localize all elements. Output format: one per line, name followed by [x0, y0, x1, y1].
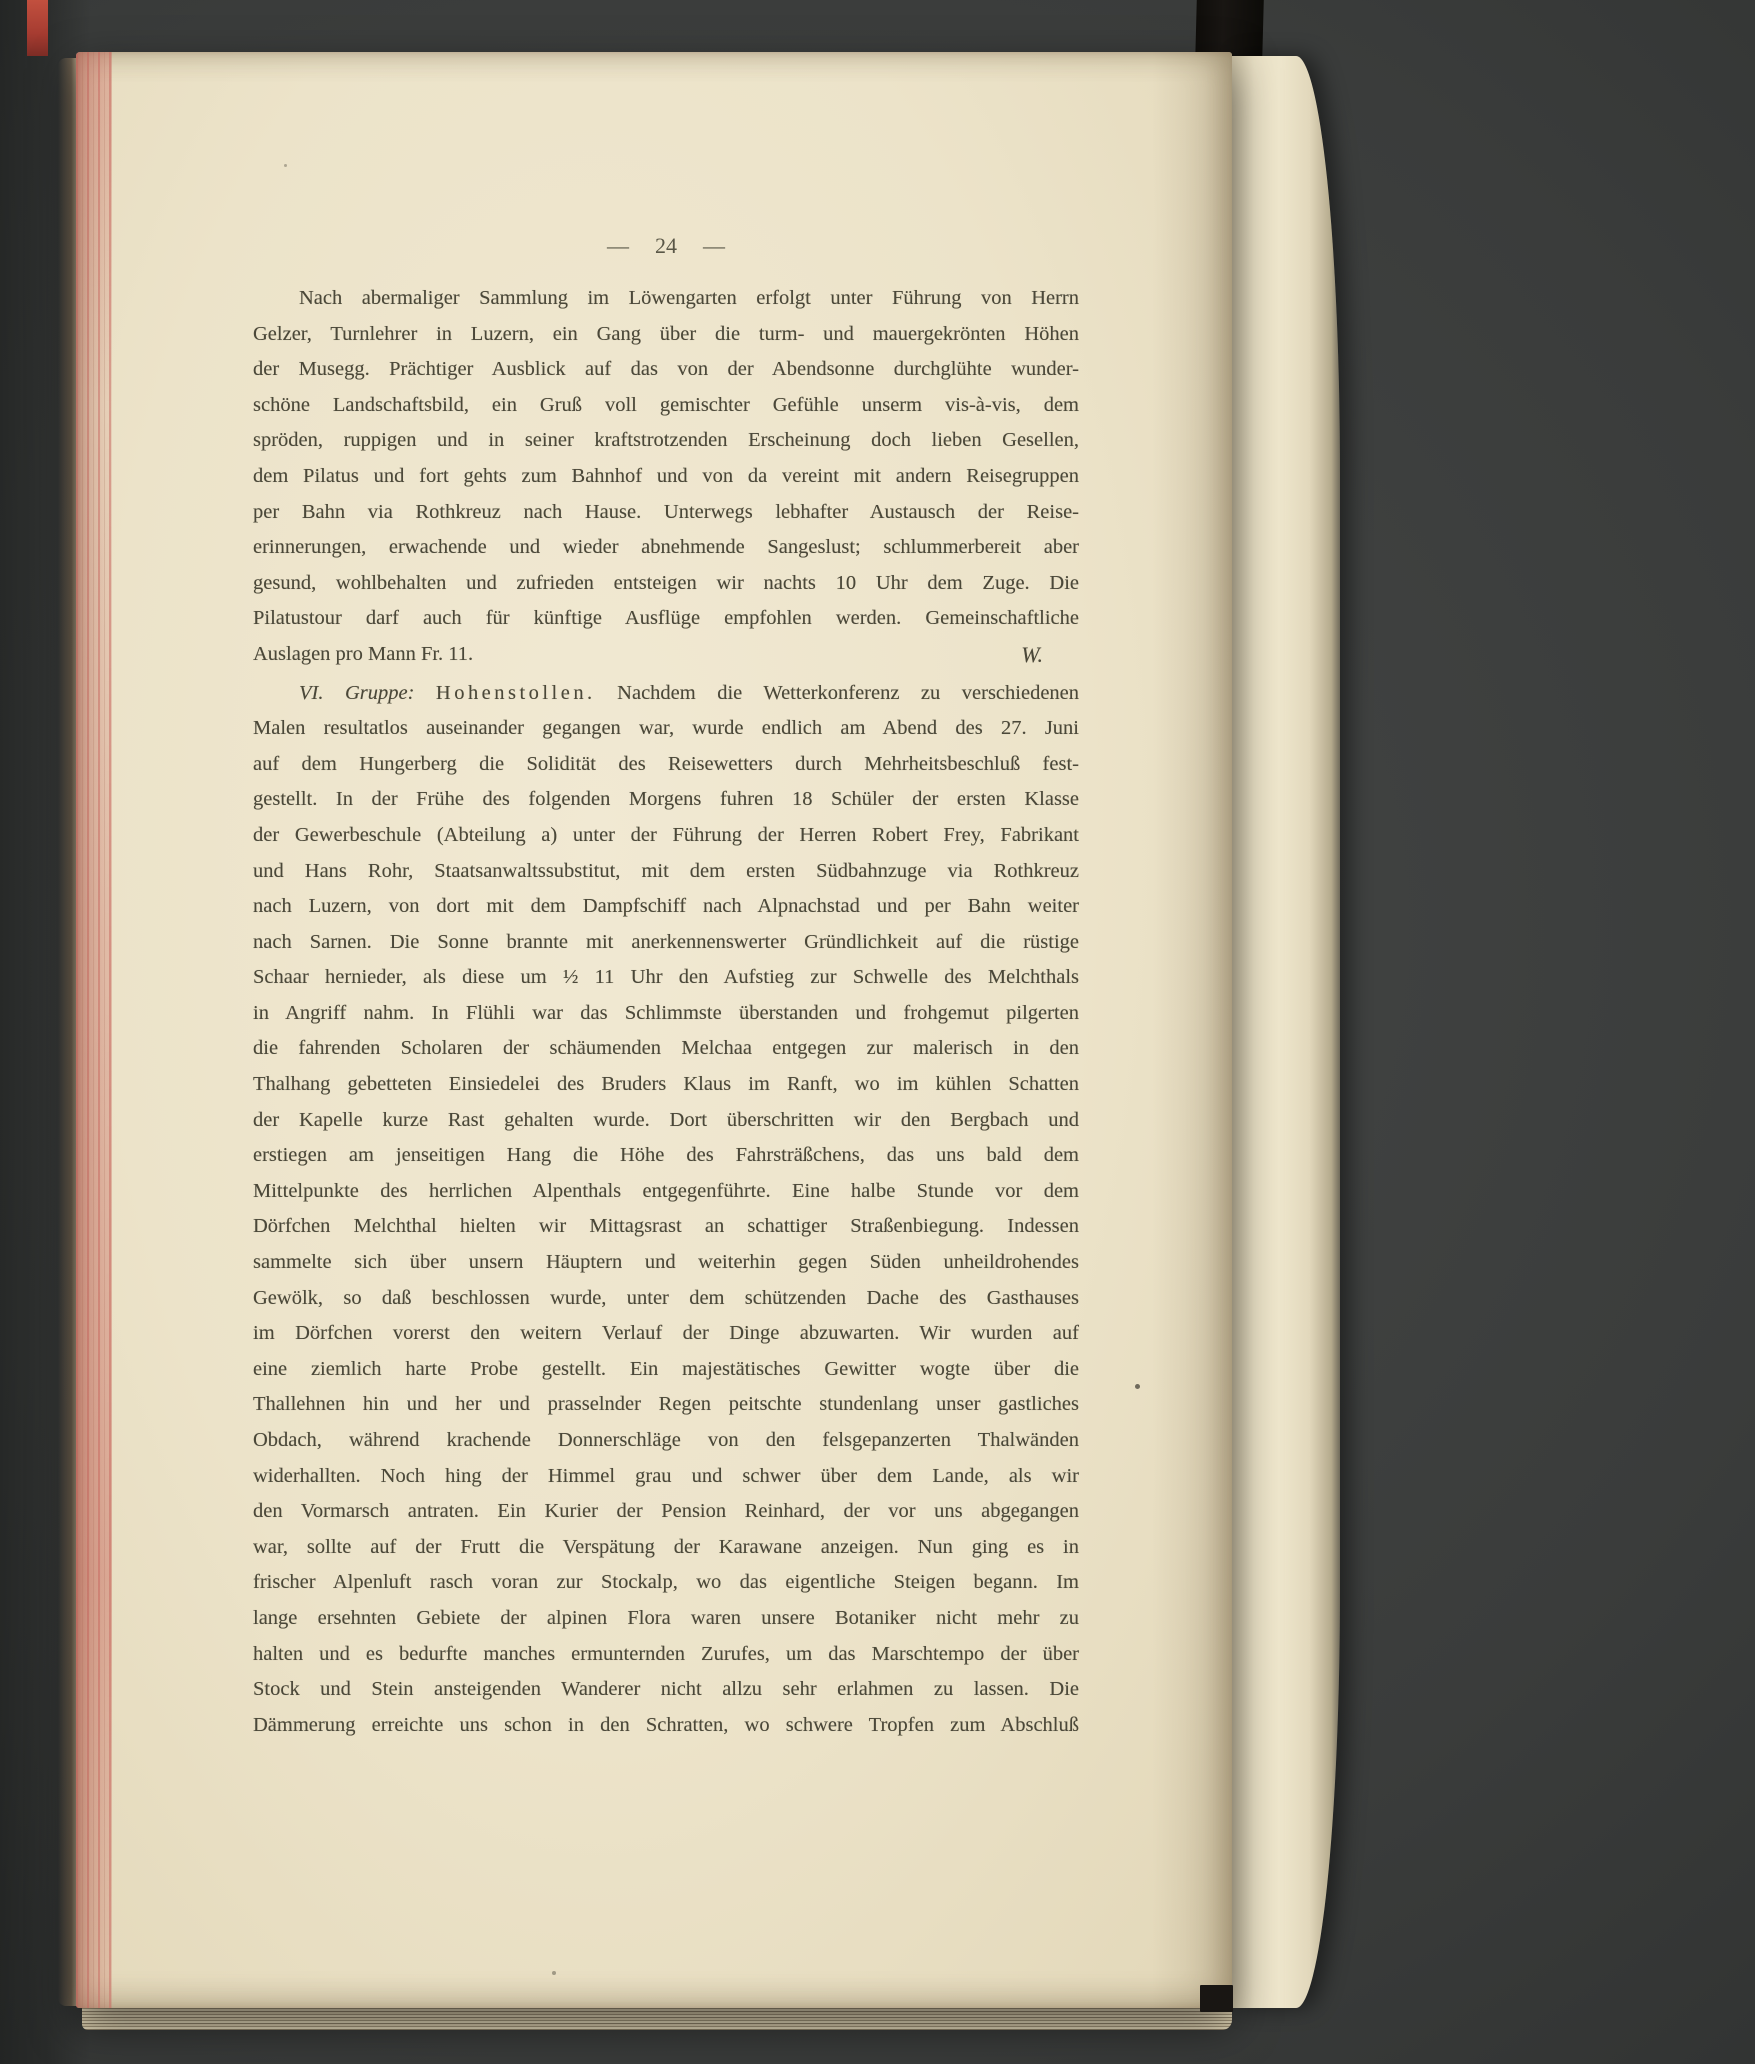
text-line: halten und es bedurfte manches ermuntern… — [253, 1637, 1079, 1673]
text-line: Malen resultatlos auseinander gegangen w… — [253, 711, 1079, 747]
text-line: Dörfchen Melchthal hielten wir Mittagsra… — [253, 1209, 1079, 1245]
text-line: eine ziemlich harte Probe gestellt. Ein … — [253, 1352, 1079, 1388]
text-line: den Vormarsch antraten. Ein Kurier der P… — [253, 1494, 1079, 1530]
text-line: Gelzer, Turnlehrer in Luzern, ein Gang ü… — [253, 317, 1079, 353]
paragraph-1-last-text: Auslagen pro Mann Fr. 11. — [253, 637, 473, 673]
group-label: VI. Gruppe: — [299, 682, 414, 704]
text-line: Gewölk, so daß beschlossen wurde, unter … — [253, 1281, 1079, 1317]
text-line: Stock und Stein ansteigenden Wanderer ni… — [253, 1672, 1079, 1708]
text-line: gesund, wohlbehalten und zufrieden entst… — [253, 566, 1079, 602]
paragraph-1-last-line: Auslagen pro Mann Fr. 11. W. — [253, 637, 1079, 673]
text-line: Obdach, während krachende Donnerschläge … — [253, 1423, 1079, 1459]
gutter-shadow — [1152, 52, 1232, 2008]
text-line: Schaar hernieder, als diese um ½ 11 Uhr … — [253, 960, 1079, 996]
text-line: schöne Landschaftsbild, ein Gruß voll ge… — [253, 388, 1079, 424]
text-line: die fahrenden Scholaren der schäumenden … — [253, 1031, 1079, 1067]
text-line: gestellt. In der Frühe des folgenden Mor… — [253, 782, 1079, 818]
author-signature: W. — [1021, 637, 1079, 673]
text-line: erinnerungen, erwachende und wieder abne… — [253, 530, 1079, 566]
group-lead-text: Nachdem die Wetterkonferenz zu verschied… — [617, 682, 1079, 704]
text-line: Mittelpunkte des herrlichen Alpenthals e… — [253, 1174, 1079, 1210]
text-line: lange ersehnten Gebiete der alpinen Flor… — [253, 1601, 1079, 1637]
bookmark-ribbon-top — [1195, 0, 1264, 60]
paper-speck — [552, 1971, 556, 1975]
book-page: —24— Nach abermaliger Sammlung im Löweng… — [76, 52, 1232, 2008]
text-line: Thallehnen hin und her und prasselnder R… — [253, 1387, 1079, 1423]
paragraph-1-body: Nach abermaliger Sammlung im Löwengarten… — [253, 281, 1079, 637]
paper-speck — [284, 164, 287, 167]
text-line: der Musegg. Prächtiger Ausblick auf das … — [253, 352, 1079, 388]
text-line: nach Luzern, von dort mit dem Dampfschif… — [253, 889, 1079, 925]
text-line: Nach abermaliger Sammlung im Löwengarten… — [253, 281, 1079, 317]
paper-speck — [1135, 1384, 1140, 1389]
text-line: der Kapelle kurze Rast gehalten wurde. D… — [253, 1103, 1079, 1139]
group-title: Hohenstollen. — [436, 682, 596, 704]
paragraph-2-first-line: VI. Gruppe: Hohenstollen. Nachdem die We… — [253, 676, 1079, 712]
page-number: 24 — [655, 233, 677, 258]
text-line: Thalhang gebetteten Einsiedelei des Brud… — [253, 1067, 1079, 1103]
text-line: per Bahn via Rothkreuz nach Hause. Unter… — [253, 495, 1079, 531]
text-line: in Angriff nahm. In Flühli war das Schli… — [253, 996, 1079, 1032]
text-line: frischer Alpenluft rasch voran zur Stock… — [253, 1565, 1079, 1601]
fore-edge-tint — [76, 52, 112, 2008]
text-line: sammelte sich über unsern Häuptern und w… — [253, 1245, 1079, 1281]
page-header: —24— — [253, 233, 1079, 259]
text-line: und Hans Rohr, Staatsanwaltssubstitut, m… — [253, 854, 1079, 890]
header-dash-left: — — [607, 233, 629, 258]
text-line: war, sollte auf der Frutt die Verspätung… — [253, 1530, 1079, 1566]
page-stack-bottom-edge — [82, 2006, 1232, 2030]
next-page-edge — [1230, 56, 1340, 2008]
text-line: spröden, ruppigen und in seiner kraftstr… — [253, 423, 1079, 459]
text-line: widerhallten. Noch hing der Himmel grau … — [253, 1459, 1079, 1495]
book-scan: —24— Nach abermaliger Sammlung im Löweng… — [0, 0, 1755, 2064]
text-line: der Gewerbeschule (Abteilung a) unter de… — [253, 818, 1079, 854]
text-line: Pilatustour darf auch für künftige Ausfl… — [253, 601, 1079, 637]
text-line: Dämmerung erreichte uns schon in den Sch… — [253, 1708, 1079, 1744]
text-line: erstiegen am jenseitigen Hang die Höhe d… — [253, 1138, 1079, 1174]
header-dash-right: — — [703, 233, 725, 258]
text-line: im Dörfchen vorerst den weitern Verlauf … — [253, 1316, 1079, 1352]
text-line: dem Pilatus und fort gehts zum Bahnhof u… — [253, 459, 1079, 495]
text-line: auf dem Hungerberg die Solidität des Rei… — [253, 747, 1079, 783]
bookmark-ribbon-bottom — [1200, 1985, 1233, 2012]
text-line: nach Sarnen. Die Sonne brannte mit anerk… — [253, 925, 1079, 961]
paragraph-2-body: Malen resultatlos auseinander gegangen w… — [253, 711, 1079, 1743]
cover-edge-red — [27, 0, 48, 56]
text-block: Nach abermaliger Sammlung im Löwengarten… — [253, 281, 1079, 1743]
